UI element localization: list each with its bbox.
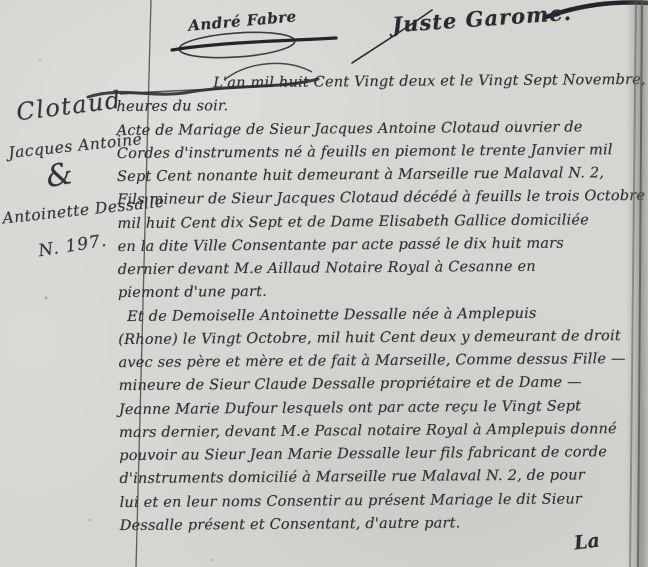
- body-line: Dessalle présent et Consentant, d'autre …: [120, 511, 635, 538]
- body-line: mineure de Sieur Claude Dessalle proprié…: [119, 371, 634, 398]
- body-line: L'an mil huit Cent Vingt deux et le Ving…: [116, 69, 631, 96]
- body-line: Fils mineur de Sieur Jacques Clotaud déc…: [117, 185, 632, 212]
- margin-act-number: N. 197.: [37, 231, 109, 262]
- catchword: La: [573, 530, 601, 555]
- body-line: lui et en leur noms Consentir au présent…: [119, 487, 634, 514]
- signature-officiant-left: André Fabre: [187, 7, 297, 34]
- signature-paraph-strike: [172, 38, 336, 50]
- binding-edge-line: [637, 0, 642, 567]
- binding-edge-line: [629, 0, 636, 567]
- act-body-text: L'an mil huit Cent Vingt deux et le Ving…: [116, 69, 635, 538]
- page-binding-edge: [626, 0, 648, 567]
- margin-groom-surname: Clotaud: [15, 86, 123, 127]
- body-line: d'instruments domicilié à Marseille rue …: [119, 464, 634, 491]
- body-line: en la dite Ville Consentante par acte pa…: [117, 232, 632, 259]
- scanned-register-page: André Fabre Juste Garome. Clotaud Jacque…: [0, 0, 648, 567]
- margin-ampersand: &: [43, 156, 75, 195]
- signature-officiant-right: Juste Garome.: [391, 0, 572, 37]
